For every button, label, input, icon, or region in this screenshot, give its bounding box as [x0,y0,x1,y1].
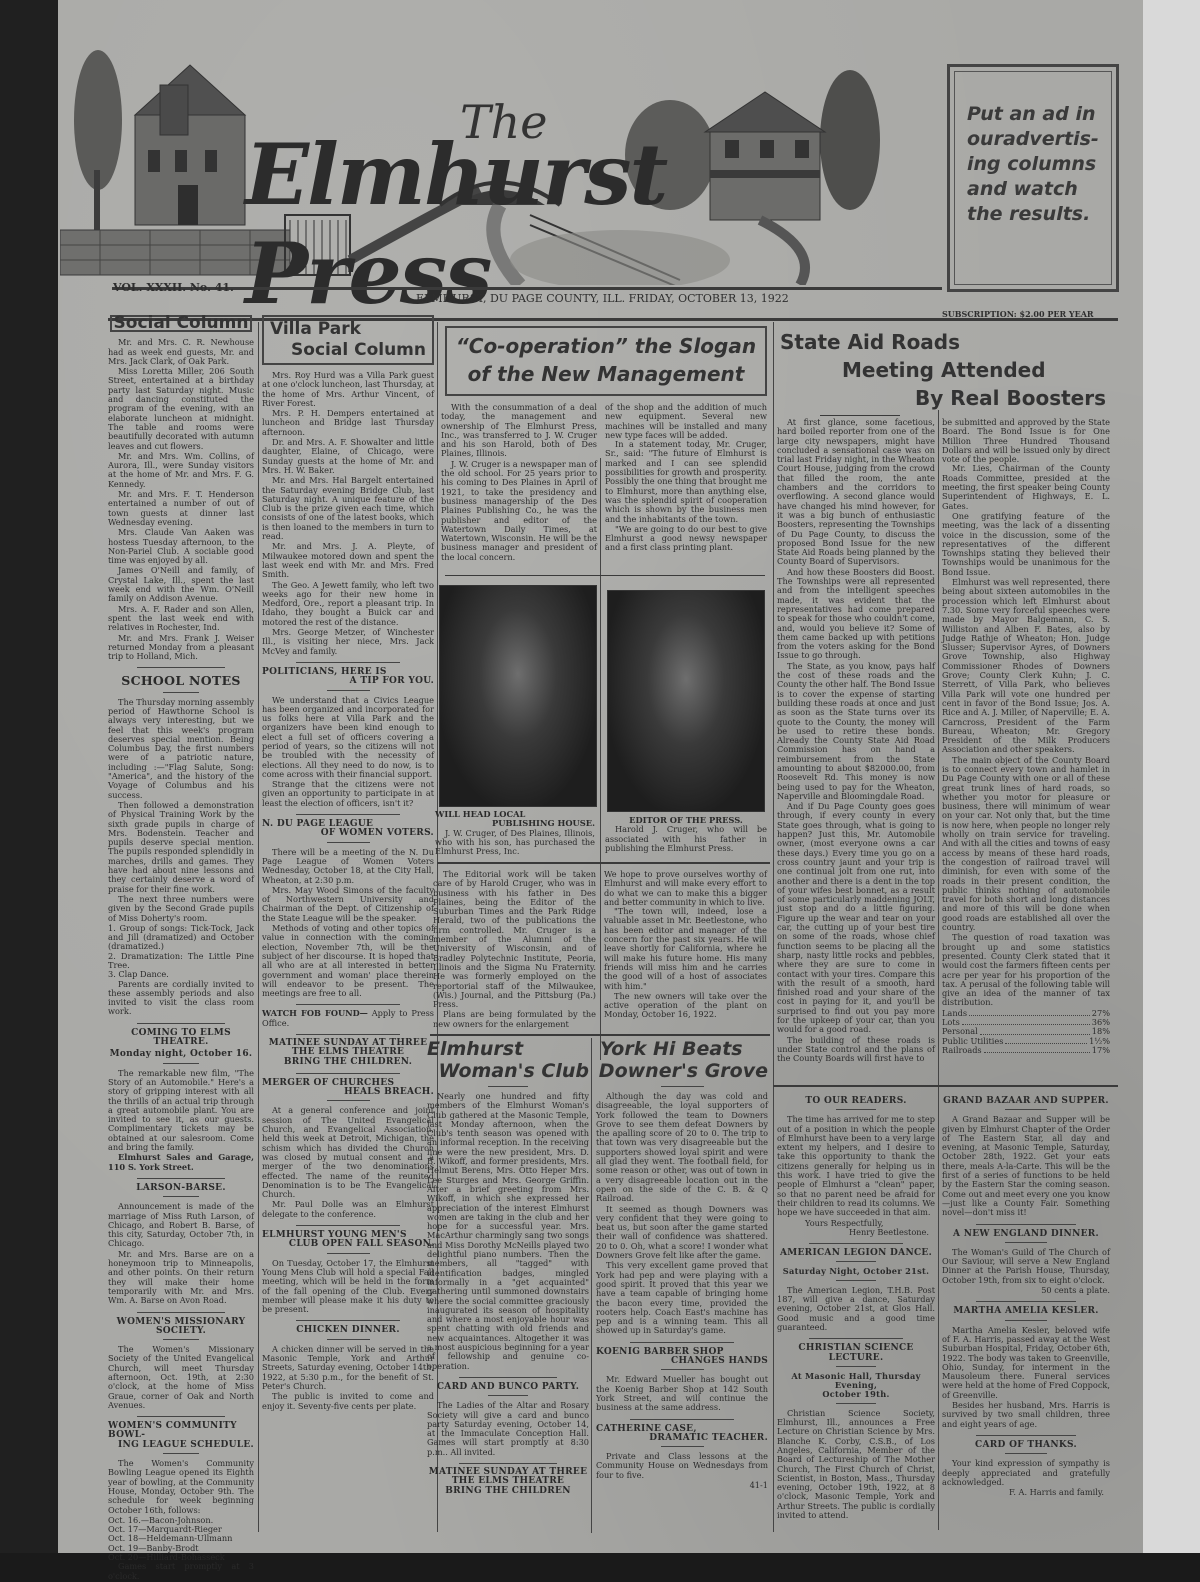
villa-park-item: Mr. and Mrs. J. A. Pleyte, of Milwaukee … [262,542,434,579]
villa-park-item: Mr. and Mrs. Hal Bargelt entertained the… [262,476,434,541]
chicken-dinner-paragraph: A chicken dinner will be served in the M… [262,1345,434,1391]
cooperation-paragraph: With the consummation of a deal today, t… [441,403,597,459]
tax-row: Lands27% [942,1009,1110,1018]
section-rule [820,415,900,416]
york-hi-article: York Hi Beats Downer's Grove Although th… [596,1038,768,1490]
villa-park-item: Mrs. Roy Hurd was a Villa Park guest at … [262,371,434,408]
state-aid-paragraph: Elmhurst was well represented, there bei… [942,578,1110,755]
larson-barse-heading: LARSON-BARSE. [108,1184,254,1193]
thanks-heading: CARD OF THANKS. [942,1441,1110,1450]
state-aid-paragraph: be submitted and approved by the State B… [942,418,1110,464]
ne-dinner-body: The Woman's Guild of The Church of Our S… [942,1248,1110,1285]
bunco-heading: CARD AND BUNCO PARTY. [427,1383,589,1392]
ad-line: and watch [967,177,1103,202]
churches-paragraph: At a general conference and joint sessio… [262,1106,434,1199]
matinee-line: BRING THE CHILDREN. [262,1058,434,1067]
caption-text: J. W. Cruger, of Des Plaines, Illinois, … [435,829,595,857]
christian-science-date: October 19th. [777,1390,935,1399]
caption-text: Harold J. Cruger, who will be associated… [605,825,767,853]
york-hi-headline-2: Downer's Grove [596,1060,768,1082]
header-rule [108,318,1118,321]
column-2: Villa Park Social Column Mrs. Roy Hurd w… [262,315,434,1412]
christian-science-location: At Masonic Hall, Thursday Evening, [777,1372,935,1391]
ad-line: ouradvertis- [967,127,1103,152]
tax-row: Railroads17% [942,1046,1110,1055]
state-aid-col-right: be submitted and approved by the State B… [942,418,1110,1055]
kesler-paragraph: Besides her husband, Mrs. Harris is surv… [942,1401,1110,1429]
column-readers: TO OUR READERS. The time has arrived for… [777,1092,935,1521]
column-divider [258,322,259,1532]
column-divider [591,1038,592,1533]
watch-fob-notice: WATCH FOB FOUND— Apply to Press Office. [262,1009,434,1028]
missionary-heading: WOMEN'S MISSIONARY SOCIETY. [108,1318,254,1337]
catherine-heading-2: DRAMATIC TEACHER. [596,1434,768,1443]
section-rule [445,575,765,576]
cooperation-headline: “Co-operation” the Slogan of the New Man… [445,326,767,396]
matinee-line: BRING THE CHILDREN [427,1487,589,1496]
larson-barse-paragraph: Mr. and Mrs. Barse are on a honeymoon tr… [108,1250,254,1306]
villa-park-item: Mrs. George Metzer, of Winchester Ill., … [262,628,434,656]
cooperation-lower-left: The Editorial work will be taken care of… [433,870,596,1030]
social-item: James O'Neill and family, of Crystal Lak… [108,566,254,603]
villa-park-item: The Geo. A Jewett family, who left two w… [262,581,434,627]
chicken-dinner-heading: CHICKEN DINNER. [262,1326,434,1335]
masthead: The Elmhurst Press [60,40,890,285]
cooperation-headline-line: of the New Management [447,360,765,388]
christian-science-heading: CHRISTIAN SCIENCE LECTURE. [777,1344,935,1363]
state-aid-paragraph: And if Du Page County goes goes through,… [777,802,935,1034]
cooperation-paragraph: "We are going to do our best to give Elm… [605,525,767,553]
ad-line: ing columns [967,152,1103,177]
column-1: Social Column Mr. and Mrs. C. R. Newhous… [108,315,254,1553]
women-voters-paragraph: Mrs. May Wood Simons of the faculty of N… [262,886,434,923]
thanks-signature: F. A. Harris and family. [942,1488,1110,1497]
bowling-heading-2: ING LEAGUE SCHEDULE. [108,1441,254,1450]
bunco-body: The Ladies of the Altar and Rosary Socie… [427,1401,589,1457]
women-voters-paragraph: Methods of voting and other topics of va… [262,924,434,998]
villa-park-heading-line: Villa Park [270,319,426,340]
state-aid-paragraph: Mr. Lies, Chairman of the County Roads C… [942,464,1110,510]
column-divider [938,410,939,1530]
photo-harold-cruger [607,590,765,812]
scan-border-left [0,0,58,1553]
state-aid-headline-line: By Real Boosters [780,384,1110,412]
womans-club-headline-2: Woman's Club [427,1060,589,1082]
churches-heading-2: HEALS BREACH. [262,1088,434,1097]
state-aid-paragraph: One gratifying feature of the meeting, w… [942,512,1110,577]
cooperation-paragraph: of the shop and the addition of much new… [605,403,767,440]
readers-body: The time has arrived for me to step out … [777,1115,935,1217]
scan-border-right [1143,0,1200,1553]
york-hi-paragraph: It seemed as though Downers was very con… [596,1205,768,1261]
advertising-box: Put an ad in ouradvertis- ing columns an… [947,64,1119,292]
masthead-rule [112,287,942,290]
photo-jw-cruger [439,585,597,807]
bazaar-body: A Grand Bazaar and Supper will be given … [942,1115,1110,1217]
thanks-body: Your kind expression of sympathy is deep… [942,1459,1110,1487]
bowling-heading: WOMEN'S COMMUNITY BOWL- [108,1422,254,1441]
social-item: Miss Loretta Miller, 206 South Street, e… [108,367,254,451]
kesler-heading: MARTHA AMELIA KESLER. [942,1307,1110,1316]
missionary-body: The Women's Missionary Society of the Un… [108,1345,254,1410]
column-divider [773,322,774,1532]
politicians-paragraph: Strange that the citizens were not given… [262,780,434,808]
villa-park-heading: Villa Park Social Column [262,315,434,365]
state-aid-paragraph: The State, as you know, pays half the co… [777,662,935,801]
cooperation-col-right: of the shop and the addition of much new… [605,403,767,554]
womans-club-paragraph: Nearly one hundred and fifty members of … [427,1092,589,1371]
school-notes-heading: SCHOOL NOTES [108,676,254,685]
cooperation-headline-line: “Co-operation” the Slogan [447,332,765,360]
social-item: Mrs. A. F. Rader and son Allen, spent th… [108,605,254,633]
dateline: ELMHURST, DU PAGE COUNTY, ILL. FRIDAY, O… [416,292,789,305]
politicians-paragraph: We understand that a Civics League has b… [262,696,434,780]
elms-theatre-signature: Elmhurst Sales and Garage, 110 S. York S… [108,1153,254,1172]
section-rule [430,1034,770,1036]
elms-theatre-heading: COMING TO ELMS THEATRE. [108,1029,254,1048]
elms-theatre-body: The remarkable new film, "The Story of a… [108,1069,254,1153]
churches-paragraph: Mr. Paul Dolle was an Elmhurst delegate … [262,1200,434,1219]
catherine-code: 41-1 [596,1481,768,1490]
school-notes-paragraph: The next three numbers were given by the… [108,895,254,923]
photo-caption-left: WILL HEAD LOCAL PUBLISHING HOUSE. J. W. … [435,810,595,857]
kesler-paragraph: Martha Amelia Kesler, beloved wife of F.… [942,1326,1110,1400]
school-notes-list-item: 1. Group of songs: Tick-Tock, Jack and J… [108,924,254,952]
social-item: Mr. and Mrs. F. T. Henderson entertained… [108,490,254,527]
york-hi-paragraph: This very excellent game proved that Yor… [596,1261,768,1335]
cooperation-paragraph: Plans are being formulated by the new ow… [433,1010,596,1029]
cooperation-paragraph: In a statement today, Mr. Cruger, Sr., s… [605,440,767,524]
villa-park-item: Mrs. P. H. Dempers entertained at lunche… [262,409,434,437]
social-item: Mr. and Mrs. Wm. Collins, of Aurora, Ill… [108,452,254,489]
section-rule [437,862,770,864]
state-aid-paragraph: At first glance, some facetious, hard bo… [777,418,935,567]
york-hi-headline: York Hi Beats [596,1038,768,1060]
state-aid-col-left: At first glance, some facetious, hard bo… [777,418,935,1064]
larson-barse-paragraph: Announcement is made of the marriage of … [108,1202,254,1248]
legion-heading: AMERICAN LEGION DANCE. [777,1249,935,1258]
catherine-body: Private and Class lessons at the Communi… [596,1452,768,1480]
ne-dinner-heading: A NEW ENGLAND DINNER. [942,1230,1110,1239]
villa-park-item: Dr. and Mrs. A. F. Showalter and little … [262,438,434,475]
bowling-body: The Women's Community Bowling League ope… [108,1459,254,1515]
state-aid-headline-line: Meeting Attended [780,356,1110,384]
ne-dinner-price: 50 cents a plate. [942,1286,1110,1295]
cooperation-paragraph: J. W. Cruger is a newspaper man of the o… [441,460,597,562]
womans-club-article: Elmhurst Woman's Club Nearly one hundred… [427,1038,589,1496]
photo-caption-right: EDITOR OF THE PRESS. Harold J. Cruger, w… [605,816,767,854]
social-item: Mrs. Claude Van Aaken was hostess Tuesda… [108,528,254,565]
ad-line: Put an ad in [967,102,1103,127]
christian-science-body: Christian Science Society, Elmhurst, Ill… [777,1409,935,1521]
column-divider [600,585,601,1060]
tax-distribution-table: Lands27% Lots36% Personal18% Public Util… [942,1009,1110,1055]
women-voters-heading-2: OF WOMEN VOTERS. [262,829,434,838]
cooperation-paragraph: "The town will, indeed, lose a valuable … [604,907,767,991]
chicken-dinner-paragraph: The public is invited to come and enjoy … [262,1392,434,1411]
state-aid-headline-line: State Aid Roads [780,328,1110,356]
state-aid-paragraph: The main object of the County Board is t… [942,756,1110,933]
social-item: Mr. and Mrs. Frank J. Weiser returned Mo… [108,634,254,662]
barber-heading-2: CHANGES HANDS [596,1357,768,1366]
state-aid-headline: State Aid Roads Meeting Attended By Real… [780,328,1110,412]
state-aid-paragraph: And how these Boosters did Boost. The To… [777,568,935,661]
ad-line: the results. [967,202,1103,227]
cooperation-paragraph: The new owners will take over the active… [604,992,767,1020]
school-notes-paragraph: The Thursday morning assembly period of … [108,698,254,800]
young-mens-body: On Tuesday, October 17, the Elmhurst You… [262,1259,434,1315]
school-notes-closing: Parents are cordially invited to these a… [108,980,254,1017]
elms-theatre-date: Monday night, October 16. [108,1050,254,1059]
readers-signature: Henry Beetlestone. [777,1228,935,1237]
state-aid-paragraph: The question of road taxation was brough… [942,933,1110,1007]
legion-body: The American Legion, T.H.B. Post 187, wi… [777,1286,935,1332]
social-column-heading: Social Column [110,315,252,332]
womans-club-headline: Elmhurst [427,1038,589,1060]
section-rule [773,1085,1118,1087]
barber-body: Mr. Edward Mueller has bought out the Ko… [596,1375,768,1412]
volume-number: VOL. XXXII. No. 41. [113,281,234,294]
school-notes-list-item: 2. Dramatization: The Little Pine Tree. [108,952,254,971]
politicians-heading-2: A TIP FOR YOU. [262,677,434,686]
cooperation-paragraph: We hope to prove ourselves worthy of Elm… [604,870,767,907]
york-hi-paragraph: Although the day was cold and disagreeab… [596,1092,768,1204]
women-voters-paragraph: There will be a meeting of the N. Du Pag… [262,848,434,885]
legion-date: Saturday Night, October 21st. [777,1267,935,1276]
readers-heading: TO OUR READERS. [777,1097,935,1106]
state-aid-paragraph: The building of these roads is under Sta… [777,1036,935,1064]
school-notes-paragraph: Then followed a demonstration of Physica… [108,801,254,894]
column-bazaar: GRAND BAZAAR AND SUPPER. A Grand Bazaar … [942,1092,1110,1497]
cooperation-lower-right: We hope to prove ourselves worthy of Elm… [604,870,767,1021]
bazaar-heading: GRAND BAZAAR AND SUPPER. [942,1097,1110,1106]
social-item: Mr. and Mrs. C. R. Newhouse had as week … [108,338,254,366]
cooperation-col-left: With the consummation of a deal today, t… [441,403,597,563]
cooperation-paragraph: The Editorial work will be taken care of… [433,870,596,1009]
villa-park-heading-line: Social Column [270,340,426,361]
young-mens-heading-2: CLUB OPEN FALL SEASON. [262,1240,434,1249]
